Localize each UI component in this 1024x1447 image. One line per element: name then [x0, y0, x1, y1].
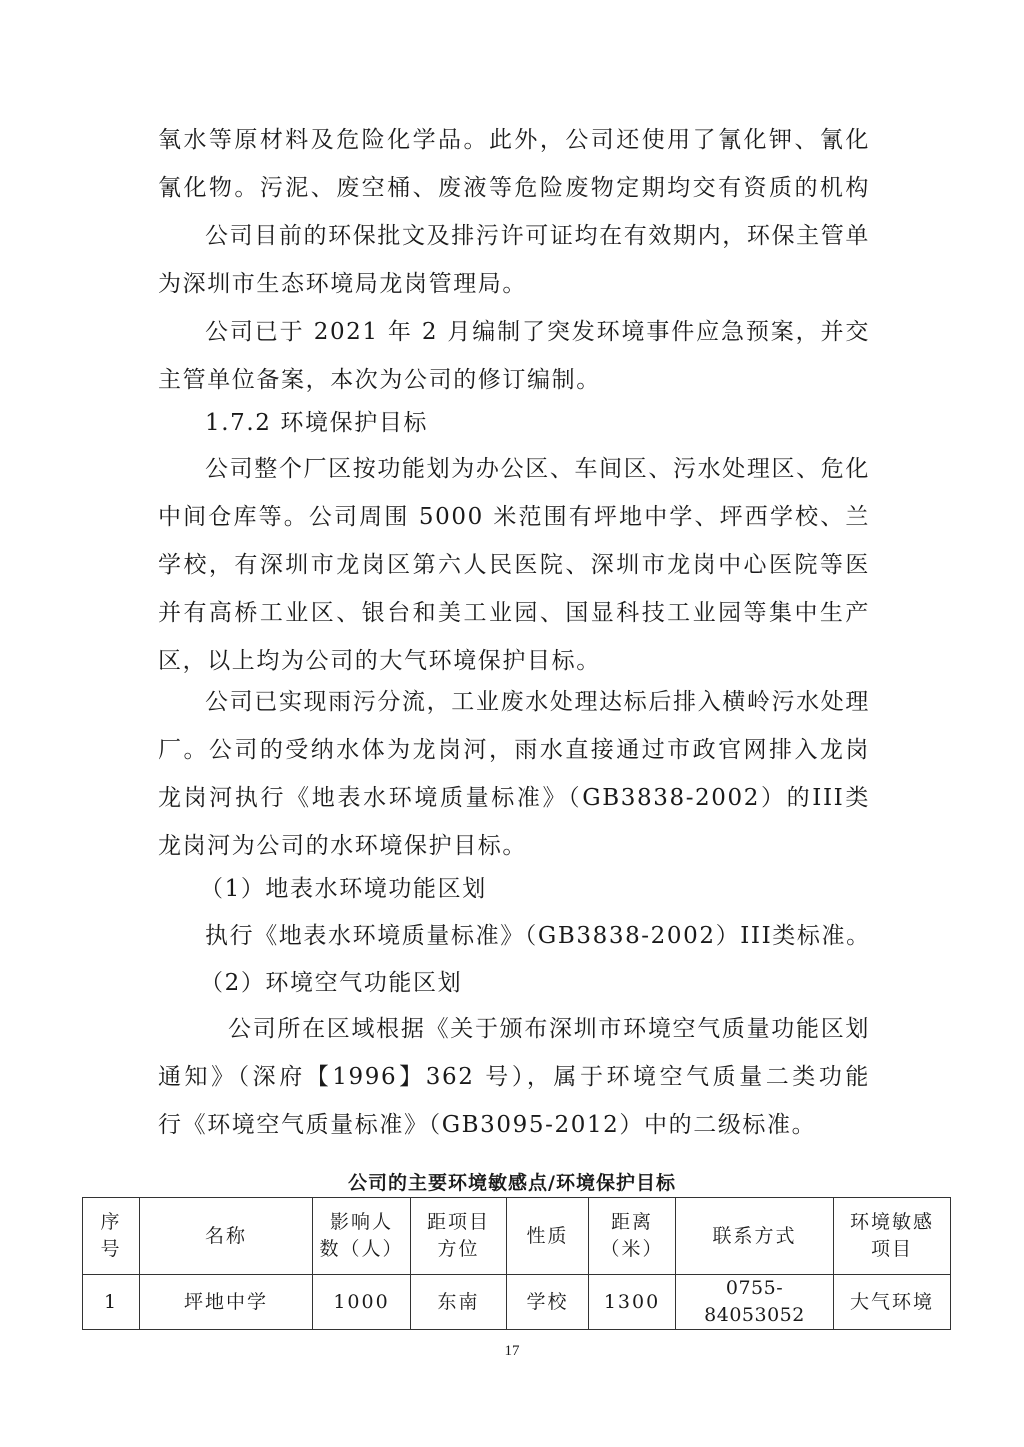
paragraph-line: 公司所在区域根据《关于颁布深圳市环境空气质量功能区划的: [228, 1013, 870, 1045]
paragraph-line: （1）地表水环境功能区划: [200, 873, 912, 905]
paragraph-line: 公司已于 2021 年 2 月编制了突发环境事件应急预案，并交环保: [205, 316, 870, 348]
paragraph-line: 并有高桥工业区、银台和美工业园、国显科技工业园等集中生产工业: [158, 597, 870, 629]
paragraph-line: （2）环境空气功能区划: [200, 967, 912, 999]
page-number: 17: [0, 1343, 1024, 1360]
column-header: 名称: [140, 1198, 313, 1275]
table-cell: 学校: [507, 1275, 589, 1330]
paragraph-line: 中间仓库等。公司周围 5000 米范围有坪地中学、坪西学校、兰陵等: [158, 501, 870, 533]
table-cell: 1000: [313, 1275, 411, 1330]
column-header: 距项目方位: [411, 1198, 507, 1275]
paragraph-line: 执行《地表水环境质量标准》（GB3838-2002）III类标准。: [205, 920, 917, 952]
paragraph-line: 行《环境空气质量标准》（GB3095-2012）中的二级标准。: [158, 1109, 870, 1141]
paragraph-line: 主管单位备案，本次为公司的修订编制。: [158, 364, 870, 396]
paragraph-line: 龙岗河执行《地表水环境质量标准》（GB3838-2002）的III类标准。: [158, 782, 870, 814]
column-header: 环境敏感项目: [834, 1198, 951, 1275]
column-header: 序号: [83, 1198, 140, 1275]
section-heading: 1.7.2 环境保护目标: [205, 407, 917, 439]
table-cell: 坪地中学: [140, 1275, 313, 1330]
paragraph-line: 通知》（深府【1996】362 号），属于环境空气质量二类功能区，执: [158, 1061, 870, 1093]
column-header: 联系方式: [676, 1198, 834, 1275]
paragraph-line: 为深圳市生态环境局龙岗管理局。: [158, 268, 870, 300]
paragraph-line: 公司已实现雨污分流，工业废水处理达标后排入横岭污水处理: [205, 686, 870, 718]
table-cell: 1: [83, 1275, 140, 1330]
table-cell: 东南: [411, 1275, 507, 1330]
paragraph-line: 龙岗河为公司的水环境保护目标。: [158, 830, 870, 862]
table-caption: 公司的主要环境敏感点/环境保护目标: [0, 1168, 1024, 1195]
table-cell: 大气环境: [834, 1275, 951, 1330]
table-cell: 1300: [589, 1275, 676, 1330]
column-header: 影响人数（人）: [313, 1198, 411, 1275]
table-row: 1坪地中学1000东南学校13000755-84053052大气环境: [83, 1275, 951, 1330]
paragraph-line: 氧水等原材料及危险化学品。此外，公司还使用了氰化钾、氰化钠等: [158, 124, 870, 156]
paragraph-line: 公司整个厂区按功能划为办公区、车间区、污水处理区、危化品: [205, 453, 870, 485]
paragraph-line: 学校，有深圳市龙岗区第六人民医院、深圳市龙岗中心医院等医院，: [158, 549, 870, 581]
sensitive-points-table: 序号名称影响人数（人）距项目方位性质距离（米）联系方式环境敏感项目 1坪地中学1…: [82, 1197, 951, 1330]
table-cell: 0755-84053052: [676, 1275, 834, 1330]
column-header: 性质: [507, 1198, 589, 1275]
paragraph-line: 厂。公司的受纳水体为龙岗河，雨水直接通过市政官网排入龙岗河。: [158, 734, 870, 766]
paragraph-line: 区，以上均为公司的大气环境保护目标。: [158, 645, 870, 677]
paragraph-line: 公司目前的环保批文及排污许可证均在有效期内，环保主管单位: [205, 220, 870, 252]
table-header-row: 序号名称影响人数（人）距项目方位性质距离（米）联系方式环境敏感项目: [83, 1198, 951, 1275]
column-header: 距离（米）: [589, 1198, 676, 1275]
paragraph-line: 氰化物。污泥、废空桶、废液等危险废物定期均交有资质的机构处理。: [158, 172, 870, 204]
